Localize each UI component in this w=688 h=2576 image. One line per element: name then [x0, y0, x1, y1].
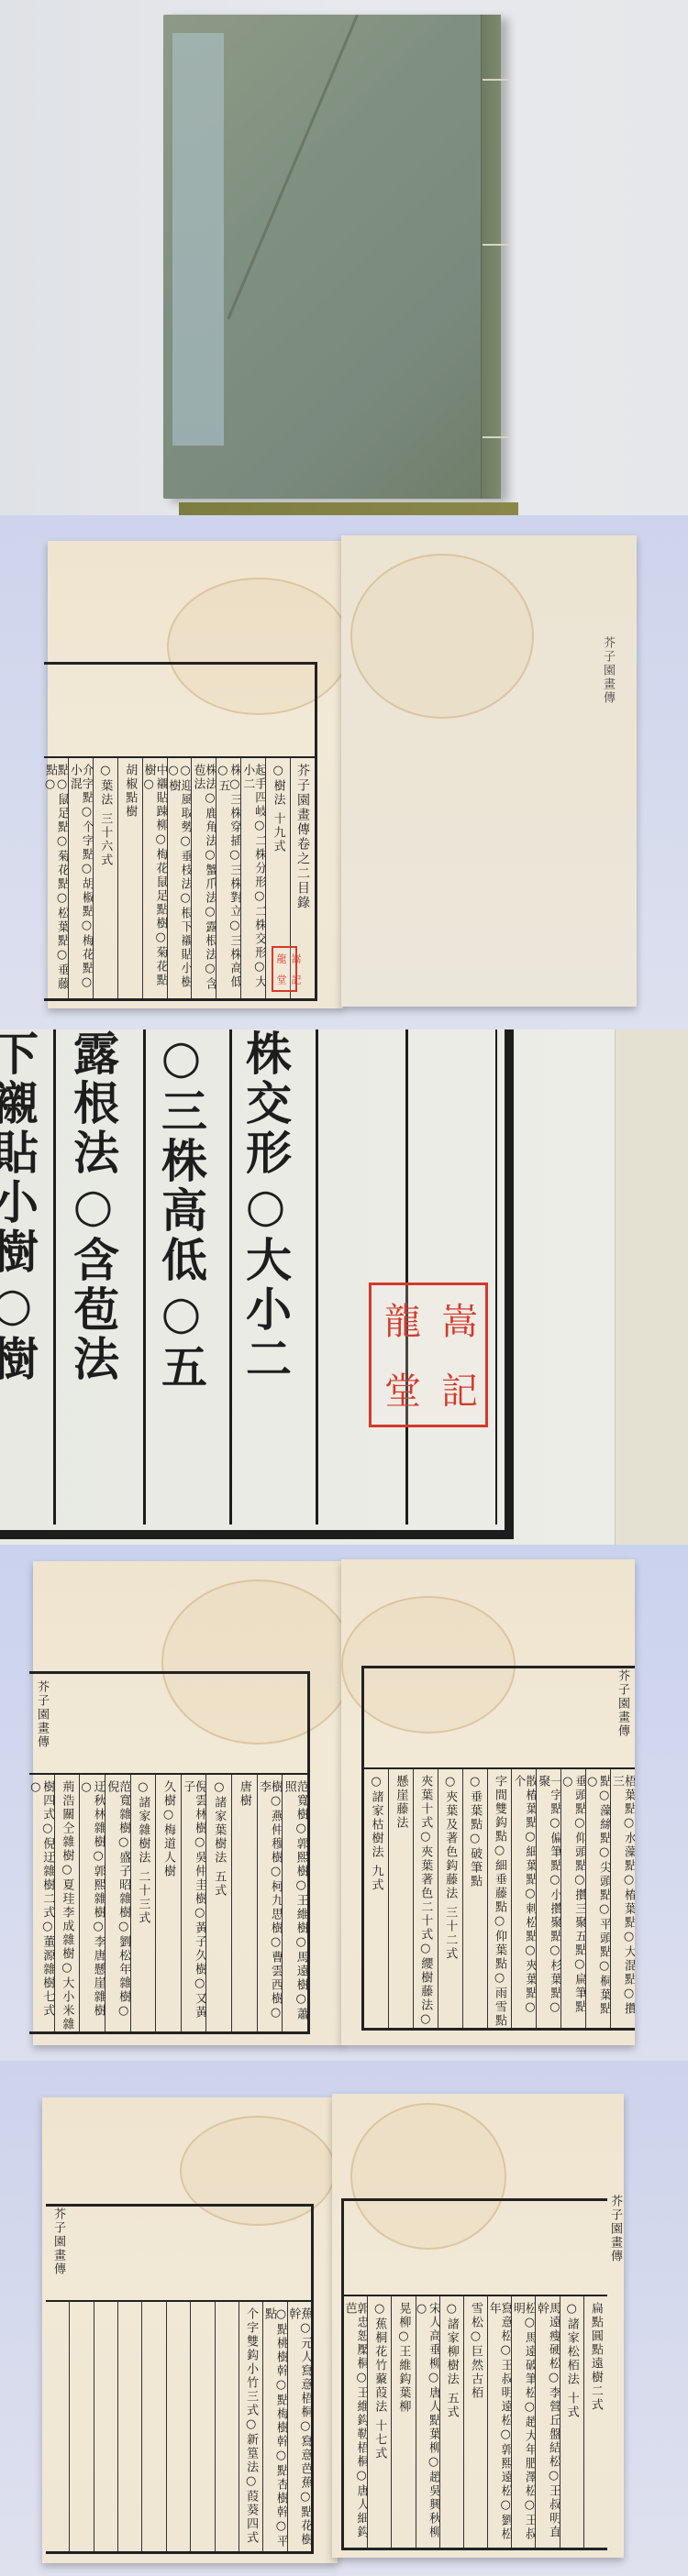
book-cover: [163, 15, 501, 499]
toc-column: 馬遠瘦硬松○李營丘盤結松○王叔明直幹: [535, 2296, 559, 2548]
closeup-column: 露根法○含苞法: [70, 1029, 116, 1384]
binding-thread: [483, 79, 510, 81]
toc-column: ○諸家雜樹法 二十三式: [130, 1775, 156, 2031]
frame-bottom-border: [0, 1530, 514, 1539]
toc-column: 个字雙鈎小竹三式○新篁法○葭葵四式: [239, 2302, 262, 2551]
toc-column: ○夾葉及著色鈎藤法 三十二式: [438, 1769, 462, 2028]
photo-toc-spread: 芥子園畫傳卷之二目錄 ○樹法 十九式 起手四岐○二株分形○二株交形○大小二 株○…: [0, 515, 688, 1029]
text-columns: 范寬樹○郭熙樹○王維樹○馬遠樹○蕭照 樹○燕仲穆樹○柯九思樹○曹雲西樹○李 唐樹…: [29, 1775, 307, 2031]
toc-column: 范寬雜樹○盛子昭雜樹○劉松年雜樹○倪: [105, 1775, 130, 2031]
toc-column: ○諸家枯樹法 九式: [364, 1769, 388, 2028]
column-rule: [495, 1029, 497, 1525]
toc-column: 蕉○元人寫意梧桐○寫意芭蕉○點花樹幹: [287, 2302, 311, 2551]
toc-column: 點○鼠足點○菊花點○松葉點○垂藤點○: [44, 758, 68, 998]
right-page: 芥子園畫傳: [341, 535, 637, 1007]
toc-column: 雪松○巨然古栢: [463, 2296, 487, 2548]
toc-column: ○迎風取勢○垂枝法○根下襯貼小樹○樹: [167, 758, 192, 998]
toc-column: 寫意松○王叔明遠松○郭熙遠松○劉松年: [487, 2296, 511, 2548]
photo-toc-spread-2: 范寬樹○郭熙樹○王維樹○馬遠樹○蕭照 樹○燕仲穆樹○柯九思樹○曹雲西樹○李 唐樹…: [0, 1545, 688, 2061]
text-frame: 扁點圓點遠樹二式 ○諸家松栢法 十式 馬遠瘦硬松○李營丘盤結松○王叔明直幹 松○…: [341, 2198, 607, 2550]
toc-column: 起手四岐○二株分形○二株交形○大小二: [240, 758, 265, 998]
toc-column: 松○馬遠破筆松○趙大年肥澤松○王叔明: [511, 2296, 535, 2548]
toc-column: 荊浩關仝雜樹○夏珪李成雜樹○大小米雜: [54, 1775, 80, 2031]
toc-column: [166, 2302, 190, 2551]
toc-column: 晃柳○王維鈎葉柳: [391, 2296, 415, 2548]
spine-title: 芥子園畫傳: [614, 1669, 631, 1738]
frame-header-band: [29, 1674, 307, 1775]
closeup-column: 下襯貼小樹○樹: [0, 1029, 35, 1384]
page-closeup: 株交形○大小二 ○三株高低○五 露根法○含苞法 下襯貼小樹○樹 龍 嵩 堂 記: [0, 1029, 615, 1545]
toc-column: ○點桃樹幹○點梅樹幹○點杏樹幹○平點: [262, 2302, 286, 2551]
toc-column: 株法○鹿角法○蟹爪法○露根法○含苞法: [191, 758, 216, 998]
binding-thread: [483, 244, 510, 246]
book-spine-stitching: [481, 15, 501, 499]
toc-column: 字間雙鈎點○細垂藤點○仰葉點○雨雪點: [487, 1769, 512, 2028]
water-stain: [350, 554, 534, 719]
toc-column: 樹四式○倪迂雜樹二式○董源雜樹七式○: [29, 1775, 54, 2031]
toc-column: [94, 2302, 117, 2551]
facing-page-edge: [615, 1029, 688, 1545]
toc-column: [190, 2302, 214, 2551]
photo-toc-spread-3: 蕉○元人寫意梧桐○寫意芭蕉○點花樹幹 ○點桃樹幹○點梅樹幹○點杏樹幹○平點 个字…: [0, 2061, 688, 2576]
seal-char: 記: [288, 974, 303, 985]
frame-border: [505, 1029, 514, 1539]
toc-column: 梧葉點○水藻點○椿葉點○大混點○攢三: [610, 1769, 635, 2028]
toc-column: 夾葉十式○夾葉著色二十式○纓樹藤法○: [413, 1769, 438, 2028]
column-rule: [229, 1029, 232, 1525]
bleed-through-text: 芥子園畫傳: [599, 636, 616, 705]
text-frame: 蕉○元人寫意梧桐○寫意芭蕉○點花樹幹 ○點桃樹幹○點梅樹幹○點杏樹幹○平點 个字…: [46, 2204, 314, 2554]
seal-char: 嵩: [431, 1302, 483, 1338]
frame-header-band: [344, 2201, 607, 2296]
cover-title-slip: [172, 33, 224, 446]
column-rule: [53, 1029, 56, 1525]
text-frame: 梧葉點○水藻點○椿葉點○大混點○攢三 點○藻絲點○尖頭點○平頭點○桐葉點○ 垂頭…: [361, 1666, 635, 2031]
binding-thread: [483, 436, 510, 438]
toc-column: 中襯貼踈柳○梅花鼠足點樹○菊花點樹○: [142, 758, 167, 998]
seal-char: 堂: [273, 974, 288, 985]
toc-column: [215, 2302, 239, 2551]
photo-seal-closeup: 株交形○大小二 ○三株高低○五 露根法○含苞法 下襯貼小樹○樹 龍 嵩 堂 記: [0, 1029, 688, 1545]
text-columns: 蕉○元人寫意梧桐○寫意芭蕉○點花樹幹 ○點桃樹幹○點梅樹幹○點杏樹幹○平點 个字…: [46, 2302, 311, 2551]
toc-column: 宋人高垂柳○唐人點葉柳○趙吳興秋柳○: [416, 2296, 439, 2548]
toc-column: 點○藻絲點○尖頭點○平頭點○桐葉點○: [585, 1769, 610, 2028]
column-rule: [143, 1029, 146, 1525]
toc-column: 一字點○偏筆點○小攢聚點○杉葉點○聚: [536, 1769, 560, 2028]
spine-title: 芥子園畫傳: [33, 1680, 50, 1749]
photo-cover: [0, 0, 688, 515]
toc-column: [46, 2302, 69, 2551]
toc-column: ○蕉桐花竹藂葭法 十七式: [367, 2296, 391, 2548]
text-frame: 范寬樹○郭熙樹○王維樹○馬遠樹○蕭照 樹○燕仲穆樹○柯九思樹○曹雲西樹○李 唐樹…: [29, 1671, 310, 2034]
toc-column: 郭忠恕檿桐○王維鈎勒梧桐○唐人細鈎芭: [344, 2296, 367, 2548]
spine-title: 芥子園畫傳: [50, 2207, 67, 2276]
toc-column: 久樹○梅道人樹: [155, 1775, 181, 2031]
frame-header-band: [46, 2207, 311, 2302]
left-page: 芥子園畫傳卷之二目錄 ○樹法 十九式 起手四岐○二株分形○二株交形○大小二 株○…: [48, 541, 343, 1008]
toc-column: 散椿葉點○細葉點○刺松點○夾葉點○个: [511, 1769, 536, 2028]
frame-header-band: [364, 1668, 635, 1769]
toc-column: 迂秋林雜樹○郭熙雜樹○李唐懸崖雜樹○: [79, 1775, 105, 2031]
seal-char: 龍: [273, 953, 288, 963]
toc-column: 唐樹: [231, 1775, 257, 2031]
seal-char: 嵩: [288, 953, 303, 963]
toc-column: ○垂葉點○破筆點: [462, 1769, 487, 2028]
spine-title: 芥子園畫傳: [606, 2195, 624, 2263]
closeup-column: ○三株高低○五: [158, 1029, 204, 1393]
toc-column: 樹○燕仲穆樹○柯九思樹○曹雲西樹○李: [257, 1775, 283, 2031]
left-page: 蕉○元人寫意梧桐○寫意芭蕉○點花樹幹 ○點桃樹幹○點梅樹幹○點杏樹幹○平點 个字…: [42, 2097, 338, 2563]
toc-column: 垂頭點○仰頭點○攢三聚五點○扁筆點○: [560, 1769, 585, 2028]
toc-column: 胡椒點樹: [117, 758, 142, 998]
text-columns: 扁點圓點遠樹二式 ○諸家松栢法 十式 馬遠瘦硬松○李營丘盤結松○王叔明直幹 松○…: [344, 2296, 607, 2548]
red-seal: 龍 嵩 堂 記: [369, 1282, 488, 1427]
frame-header-band: [44, 665, 315, 758]
closeup-column: 株交形○大小二: [242, 1029, 288, 1384]
seal-char: 記: [431, 1371, 483, 1408]
seal-char: 堂: [374, 1371, 427, 1408]
toc-column: [141, 2302, 165, 2551]
toc-column: 懸崖藤法: [388, 1769, 413, 2028]
text-columns: 梧葉點○水藻點○椿葉點○大混點○攢三 點○藻絲點○尖頭點○平頭點○桐葉點○ 垂頭…: [364, 1769, 635, 2028]
toc-column: ○諸家松栢法 十式: [560, 2296, 583, 2548]
right-page: 梧葉點○水藻點○椿葉點○大混點○攢三 點○藻絲點○尖頭點○平頭點○桐葉點○ 垂頭…: [341, 1559, 635, 2045]
toc-column: [117, 2302, 141, 2551]
toc-column: 倪雲林樹○吳仲圭樹○黃子久樹○又黃子: [181, 1775, 206, 2031]
red-seal: 龍 嵩 堂 記: [272, 946, 297, 992]
toc-column: 株○三株穿插○三株對立○三株高低○五: [216, 758, 240, 998]
right-page: 扁點圓點遠樹二式 ○諸家松栢法 十式 馬遠瘦硬松○李營丘盤結松○王叔明直幹 松○…: [332, 2094, 624, 2558]
toc-column: [69, 2302, 93, 2551]
toc-column: ○諸家柳樹法 五式: [439, 2296, 463, 2548]
seal-char: 龍: [374, 1302, 427, 1338]
cover-crease: [227, 15, 358, 320]
toc-column: 介字點○个字點○胡椒點○梅花點○小混: [68, 758, 93, 998]
book-edge: [179, 502, 518, 515]
toc-column: ○諸家葉樹法 五式: [205, 1775, 231, 2031]
column-rule: [316, 1029, 318, 1525]
column-rule: [405, 1029, 408, 1525]
toc-column: 范寬樹○郭熙樹○王維樹○馬遠樹○蕭照: [282, 1775, 307, 2031]
left-page: 范寬樹○郭熙樹○王維樹○馬遠樹○蕭照 樹○燕仲穆樹○柯九思樹○曹雲西樹○李 唐樹…: [33, 1561, 343, 2045]
toc-column: 扁點圓點遠樹二式: [583, 2296, 607, 2548]
toc-column: ○葉法 三十六式: [93, 758, 117, 998]
